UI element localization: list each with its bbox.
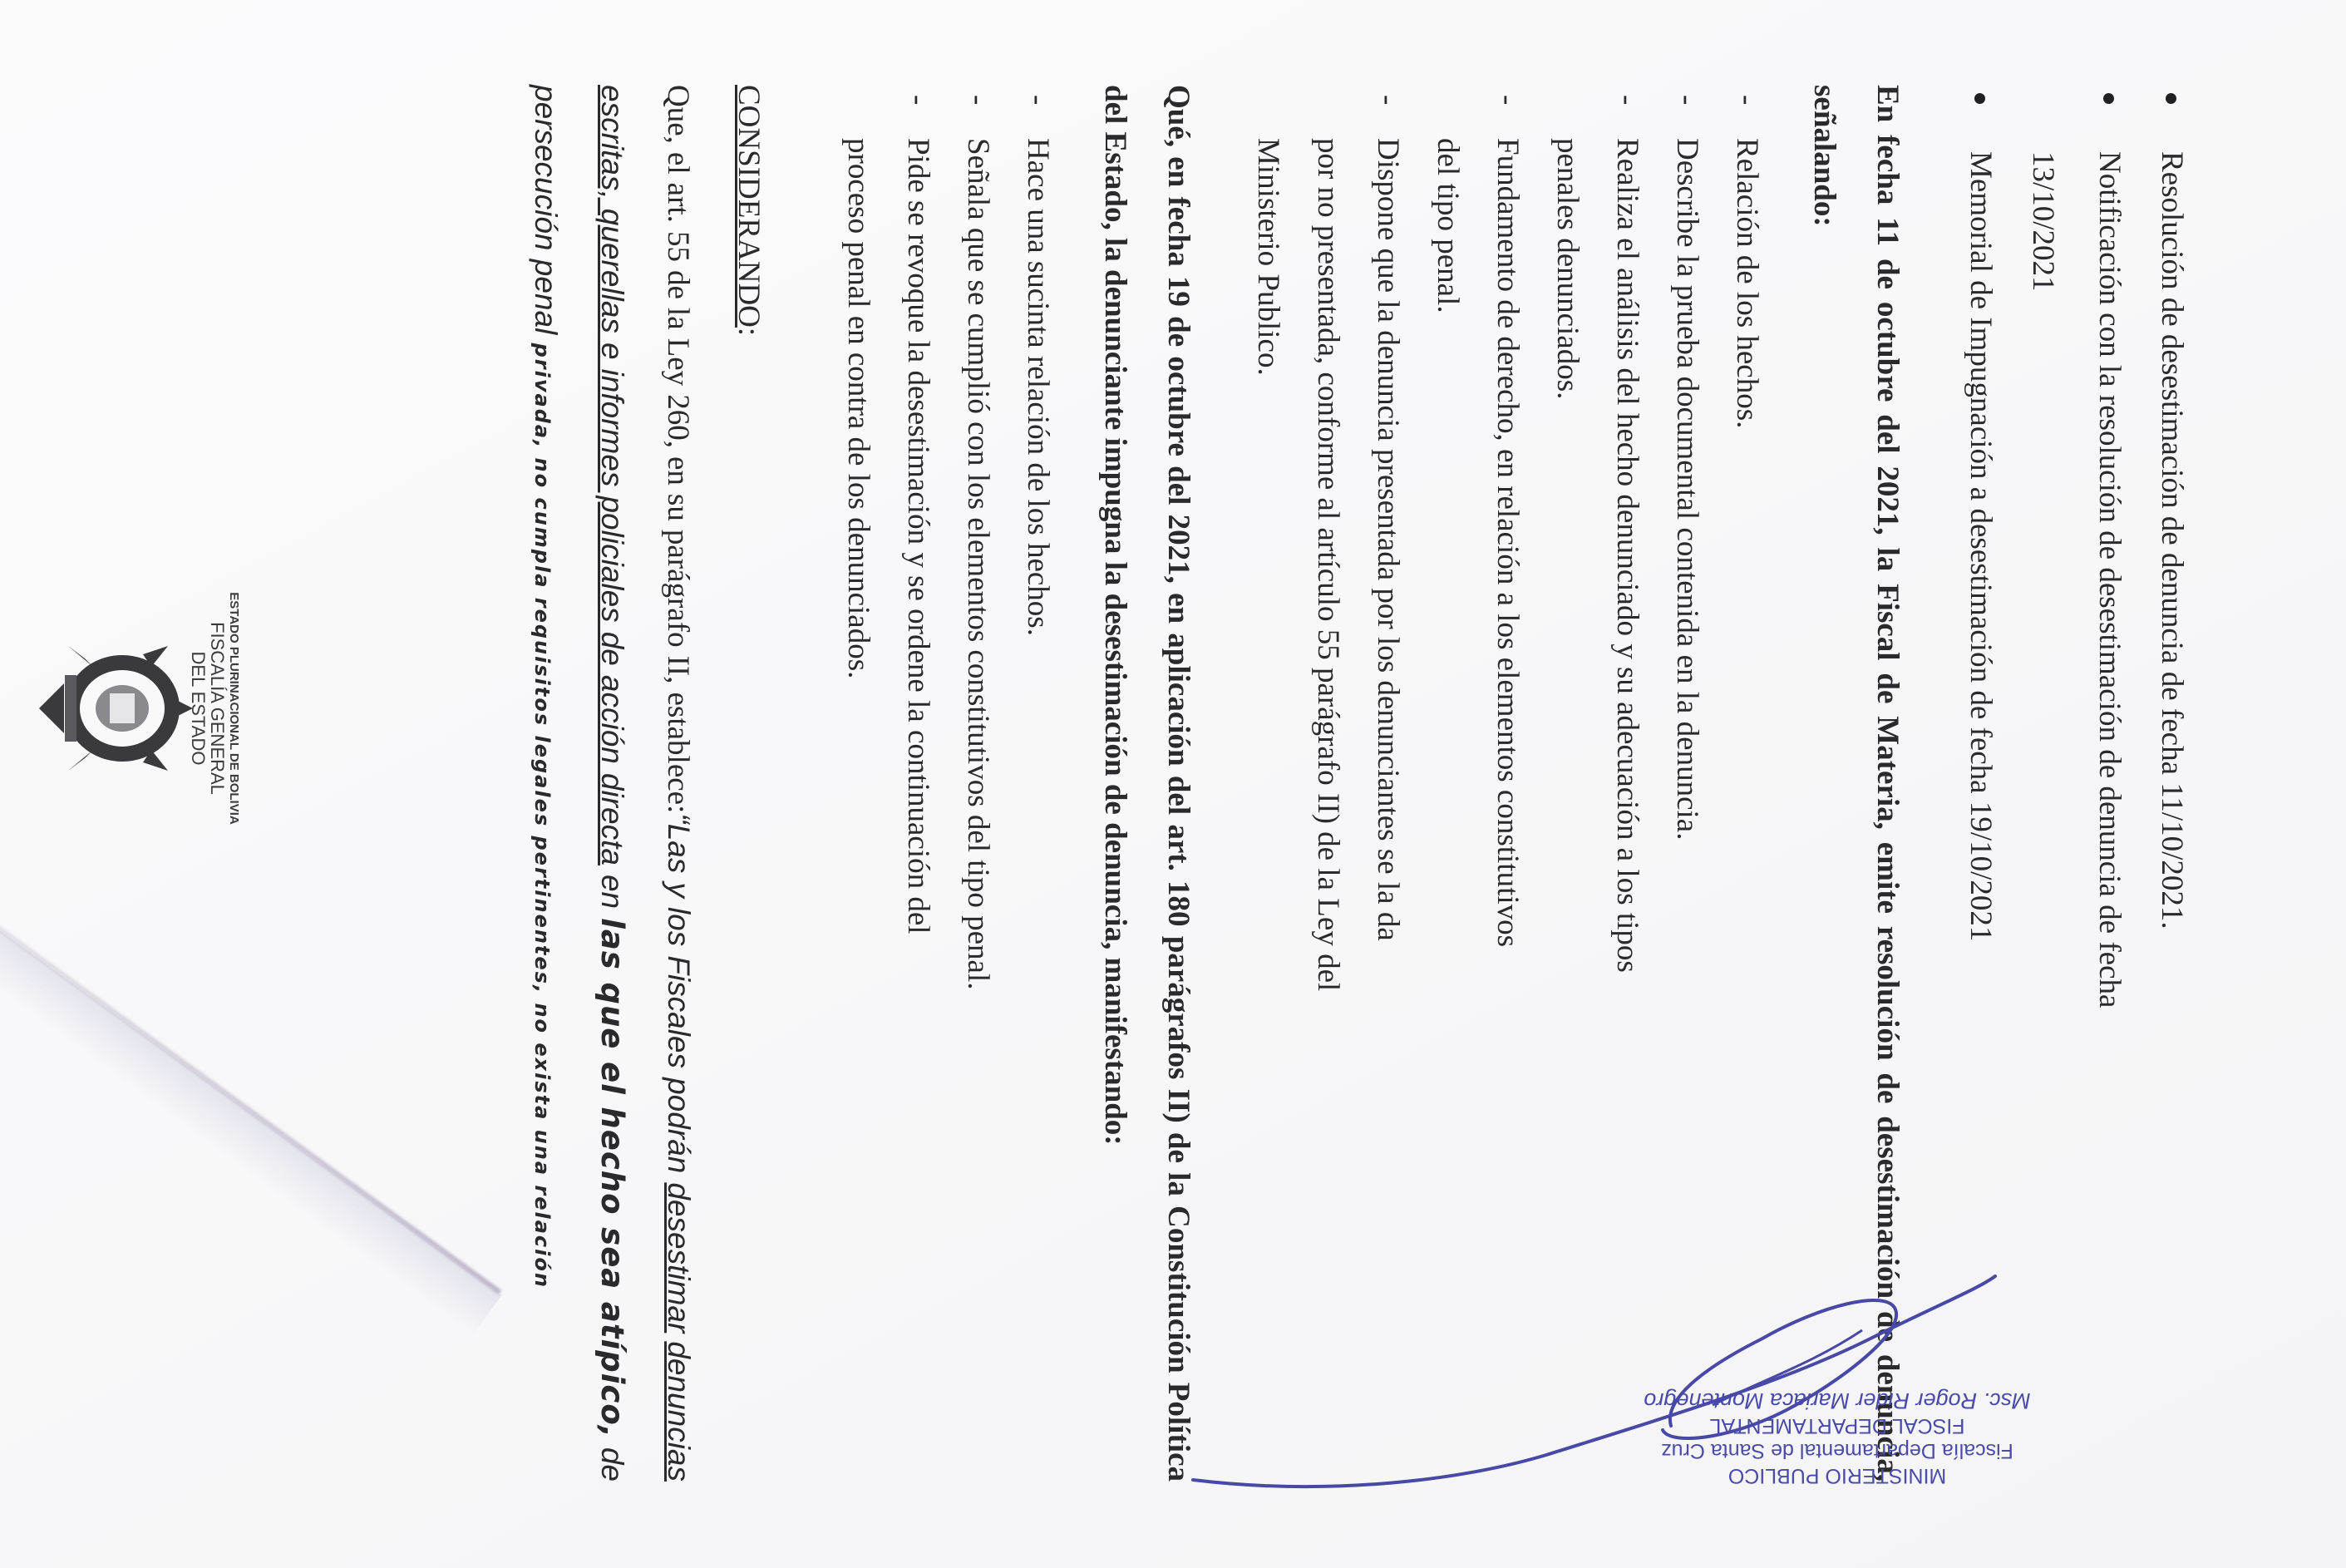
- document-body: Resolución de desestimación de denuncia …: [478, 85, 2190, 1482]
- section-title-considerando: CONSIDERANDO:: [730, 85, 766, 1482]
- list-item: -Señala que se cumplió con los elementos…: [963, 85, 993, 1482]
- paragraph-considerando: Que, el art. 55 de la Ley 260, en su par…: [509, 85, 712, 1482]
- list-item: Notificación con la resolución de desest…: [2024, 85, 2127, 1482]
- stamp-ministry: MINISTERIO PUBLICO: [1604, 1463, 2070, 1488]
- list-item: -Realiza el análisis del hecho denunciad…: [1552, 85, 1642, 1482]
- stamp-name: Msc. Roger Rider Mariaca Montenegro: [1604, 1388, 2070, 1413]
- paragraph-resolution: En fecha 11 de octubre del 2021, la Fisc…: [1792, 85, 1919, 1482]
- list-item: Memorial de Impugnación a desestimación …: [1962, 85, 1999, 1482]
- list-item: -Relación de los hechos.: [1732, 85, 1762, 1482]
- stamp-position: FISCAL DEPARTAMENTAL: [1604, 1413, 2070, 1438]
- letterhead-institution: FISCALÍA GENERAL: [207, 575, 227, 841]
- list-item: -Describe la prueba documental contenida…: [1672, 85, 1702, 1482]
- list-item: -Hace una sucinta relación de los hechos…: [1023, 85, 1052, 1482]
- list-item: -Dispone que la denuncia presentada por …: [1253, 85, 1402, 1482]
- bullet-icon: [1974, 93, 1985, 104]
- list-item: -Pide se revoque la desestimación y se o…: [843, 85, 933, 1482]
- list-item: Resolución de desestimación de denuncia …: [2153, 85, 2190, 1482]
- documents-list: Resolución de desestimación de denuncia …: [1962, 85, 2190, 1482]
- stamp-office: Fiscalía Departamental de Santa Cruz: [1604, 1438, 2070, 1463]
- letterhead-state: ESTADO PLURINACIONAL DE BOLIVIA: [227, 575, 241, 841]
- bullet-icon: [2166, 93, 2176, 104]
- paragraph-impugnation: Qué, en fecha 19 de octubre del 2021, en…: [1083, 85, 1210, 1482]
- fiscal-stamp: MINISTERIO PUBLICO Fiscalía Departamenta…: [1604, 1330, 2070, 1488]
- resolution-points: -Relación de los hechos. -Describe la pr…: [1253, 85, 1762, 1482]
- bolivia-coat-of-arms-icon: [35, 642, 201, 775]
- bullet-icon: [2103, 93, 2114, 104]
- impugnation-points: -Hace una sucinta relación de los hechos…: [843, 85, 1052, 1482]
- list-item: -Fundamento de derecho, en relación a lo…: [1432, 85, 1522, 1482]
